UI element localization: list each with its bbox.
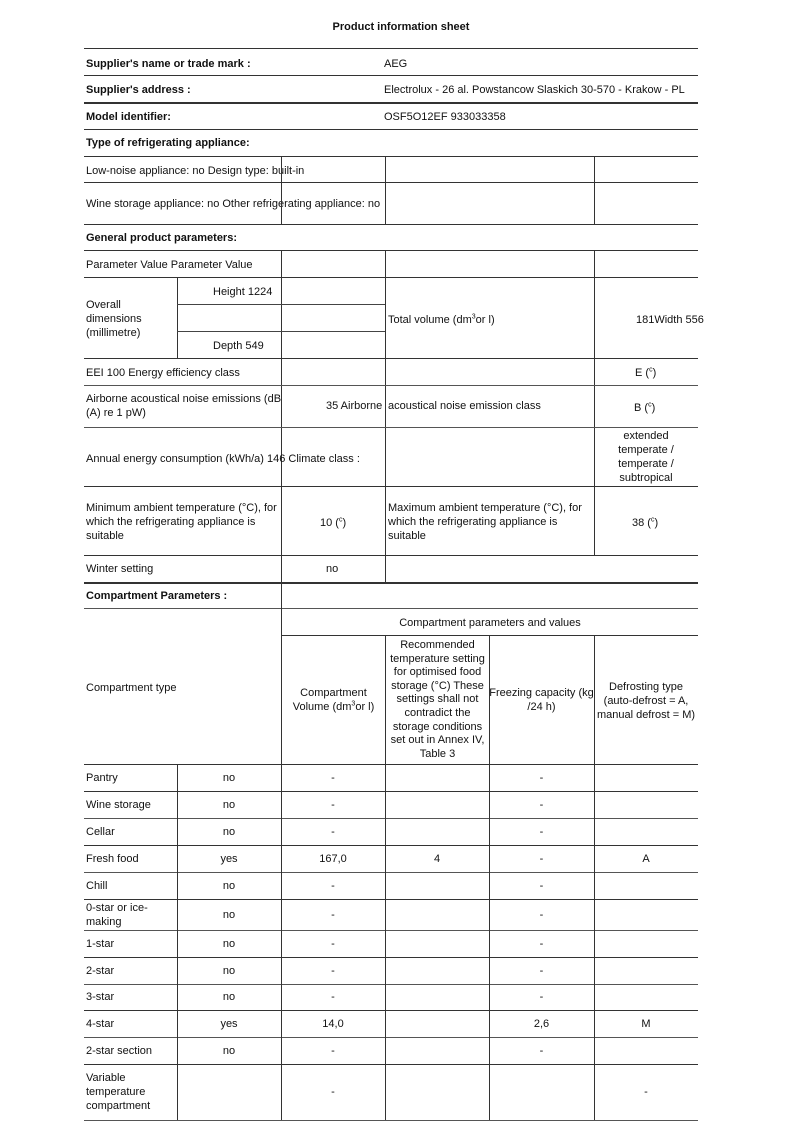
col-line [385, 156, 386, 224]
compartment-cell-type: Wine storage [86, 791, 176, 818]
rule [84, 156, 698, 157]
energy-class-value: E (c) [635, 366, 656, 380]
col-line [177, 277, 178, 358]
noise-class-value: B (c) [634, 401, 655, 415]
rule [84, 75, 698, 76]
compartment-cell-defrost [594, 872, 698, 899]
col-compartment-volume: Compartment Volume (dm3or l) [282, 686, 385, 714]
energy-consumption-label: Annual energy consumption (kWh/a) 146 Cl… [86, 452, 360, 466]
compartment-cell-volume: - [281, 791, 385, 818]
rule [84, 608, 698, 609]
min-temp-value: 10 (c) [320, 516, 346, 530]
compartment-cell-freezing: - [489, 930, 594, 957]
page-title: Product information sheet [0, 21, 802, 33]
compartment-cell-volume: - [281, 899, 385, 930]
compartment-cell-type: Pantry [86, 764, 176, 791]
model-label: Model identifier: [86, 110, 171, 124]
compartments-group-header: Compartment parameters and values [282, 616, 698, 630]
compartment-cell-freezing: 2,6 [489, 1010, 594, 1037]
min-temp-label: Minimum ambient temperature (°C), for wh… [86, 501, 282, 543]
compartment-cell-volume: - [281, 984, 385, 1010]
compartment-cell-freezing: - [489, 791, 594, 818]
noise-value: 35 Airborne [326, 399, 382, 413]
supplier-name-label: Supplier's name or trade mark : [86, 57, 251, 71]
compartment-cell-freezing: - [489, 818, 594, 845]
climate-class-value: extended temperate / temperate / subtrop… [598, 429, 694, 485]
compartment-cell-defrost [594, 818, 698, 845]
col-line [281, 156, 282, 224]
supplier-address-label: Supplier's address : [86, 83, 191, 97]
compartment-cell-type: 0-star or ice-making [86, 899, 176, 930]
compartment-cell-present: no [177, 764, 281, 791]
compartment-cell-present: yes [177, 1010, 281, 1037]
rule [84, 358, 698, 359]
compartment-cell-temp [385, 1037, 489, 1064]
compartment-cell-present: no [177, 984, 281, 1010]
compartment-cell-type: 1-star [86, 930, 176, 957]
compartment-cell-type: Cellar [86, 818, 176, 845]
compartment-cell-temp [385, 984, 489, 1010]
compartment-cell-freezing: - [489, 957, 594, 984]
col-line [594, 635, 595, 1120]
compartment-cell-volume: 167,0 [281, 845, 385, 872]
compartment-cell-defrost [594, 1037, 698, 1064]
noise-class-label: acoustical noise emission class [388, 399, 541, 413]
compartment-cell-temp [385, 957, 489, 984]
compartment-cell-temp [385, 930, 489, 957]
compartment-cell-freezing: - [489, 764, 594, 791]
compartment-cell-temp [385, 872, 489, 899]
compartment-cell-present: no [177, 872, 281, 899]
table-row-divider [84, 1120, 698, 1121]
compartment-cell-temp [385, 1010, 489, 1037]
height-value: Height 1224 [213, 285, 272, 299]
max-temp-label: Maximum ambient temperature (°C), for wh… [388, 501, 594, 543]
winter-setting-value: no [326, 562, 338, 576]
compartment-cell-defrost [594, 764, 698, 791]
rule [84, 250, 698, 251]
supplier-name-value: AEG [384, 57, 407, 71]
compartment-cell-temp [385, 791, 489, 818]
compartment-cell-volume: - [281, 764, 385, 791]
winter-setting-label: Winter setting [86, 562, 153, 576]
col-line [385, 250, 386, 582]
appliance-type-row-1: Low-noise appliance: no Design type: bui… [86, 164, 304, 178]
total-volume-value: 181Width 556 [636, 313, 704, 327]
compartment-cell-type: Chill [86, 872, 176, 899]
compartment-cell-temp [385, 899, 489, 930]
compartment-cell-present: no [177, 791, 281, 818]
rule [84, 427, 698, 428]
compartment-cell-present [177, 1064, 281, 1120]
compartment-cell-freezing: - [489, 872, 594, 899]
compartment-cell-volume: - [281, 872, 385, 899]
compartment-cell-defrost [594, 791, 698, 818]
compartment-cell-type: 4-star [86, 1010, 176, 1037]
noise-label: Airborne acoustical noise emissions (dB … [86, 392, 282, 420]
compartment-cell-defrost [594, 957, 698, 984]
appliance-type-heading: Type of refrigerating appliance: [86, 136, 250, 150]
compartment-cell-defrost: M [594, 1010, 698, 1037]
supplier-address-value: Electrolux - 26 al. Powstancow Slaskich … [384, 83, 685, 97]
rule [177, 304, 385, 305]
compartment-cell-present: no [177, 930, 281, 957]
compartment-cell-defrost [594, 899, 698, 930]
compartment-cell-freezing: - [489, 845, 594, 872]
rule [84, 555, 698, 556]
rule [84, 102, 698, 104]
appliance-type-row-2: Wine storage appliance: no Other refrige… [86, 197, 380, 211]
compartment-cell-freezing: - [489, 899, 594, 930]
rule [84, 582, 698, 584]
col-freezing-capacity: Freezing capacity (kg /24 h) [489, 686, 594, 714]
compartment-cell-present: no [177, 957, 281, 984]
total-volume-label: Total volume (dm3or l) [388, 313, 495, 327]
rule [177, 331, 385, 332]
col-line [385, 635, 386, 1120]
compartment-cell-type: Variable temperature compartment [86, 1064, 176, 1120]
compartment-cell-temp [385, 764, 489, 791]
compartment-cell-volume: - [281, 1064, 385, 1120]
compartment-cell-freezing: - [489, 1037, 594, 1064]
eei-label: EEI 100 Energy efficiency class [86, 366, 240, 380]
rule [84, 224, 698, 225]
col-line [594, 250, 595, 555]
max-temp-value: 38 (c) [632, 516, 658, 530]
compartment-cell-volume: - [281, 1037, 385, 1064]
rule [84, 129, 698, 130]
col-line [281, 582, 282, 1120]
rule [84, 486, 698, 487]
general-heading: General product parameters: [86, 231, 237, 245]
general-header-row: Parameter Value Parameter Value [86, 258, 253, 272]
rule [84, 182, 698, 183]
compartment-cell-present: no [177, 899, 281, 930]
compartment-cell-temp [385, 818, 489, 845]
compartment-cell-freezing: - [489, 984, 594, 1010]
compartment-cell-defrost [594, 930, 698, 957]
col-line [489, 635, 490, 1120]
compartment-cell-temp [385, 1064, 489, 1120]
compartment-cell-present: no [177, 818, 281, 845]
compartment-cell-volume: - [281, 930, 385, 957]
col-recommended-temp: Recommended temperature setting for opti… [385, 639, 490, 761]
col-line [594, 156, 595, 224]
compartment-cell-defrost: A [594, 845, 698, 872]
compartment-cell-present: yes [177, 845, 281, 872]
model-value: OSF5O12EF 933033358 [384, 110, 506, 124]
col-line [177, 764, 178, 1120]
compartment-cell-present: no [177, 1037, 281, 1064]
compartment-cell-defrost [594, 984, 698, 1010]
rule [84, 48, 698, 49]
compartment-cell-temp: 4 [385, 845, 489, 872]
compartment-cell-volume: - [281, 818, 385, 845]
compartment-cell-volume: - [281, 957, 385, 984]
overall-dimensions-label: Overall dimensions (millimetre) [86, 298, 174, 340]
col-defrosting-type: Defrosting type (auto-defrost = A, manua… [594, 680, 698, 722]
compartment-cell-type: 2-star section [86, 1037, 176, 1064]
compartment-cell-type: 2-star [86, 957, 176, 984]
col-compartment-type: Compartment type [86, 681, 176, 695]
compartment-cell-defrost: - [594, 1064, 698, 1120]
compartment-cell-type: Fresh food [86, 845, 176, 872]
compartment-cell-volume: 14,0 [281, 1010, 385, 1037]
rule [84, 385, 698, 386]
compartments-heading: Compartment Parameters : [86, 589, 227, 603]
compartment-cell-freezing [489, 1064, 594, 1120]
compartment-cell-type: 3-star [86, 984, 176, 1010]
depth-value: Depth 549 [213, 339, 264, 353]
